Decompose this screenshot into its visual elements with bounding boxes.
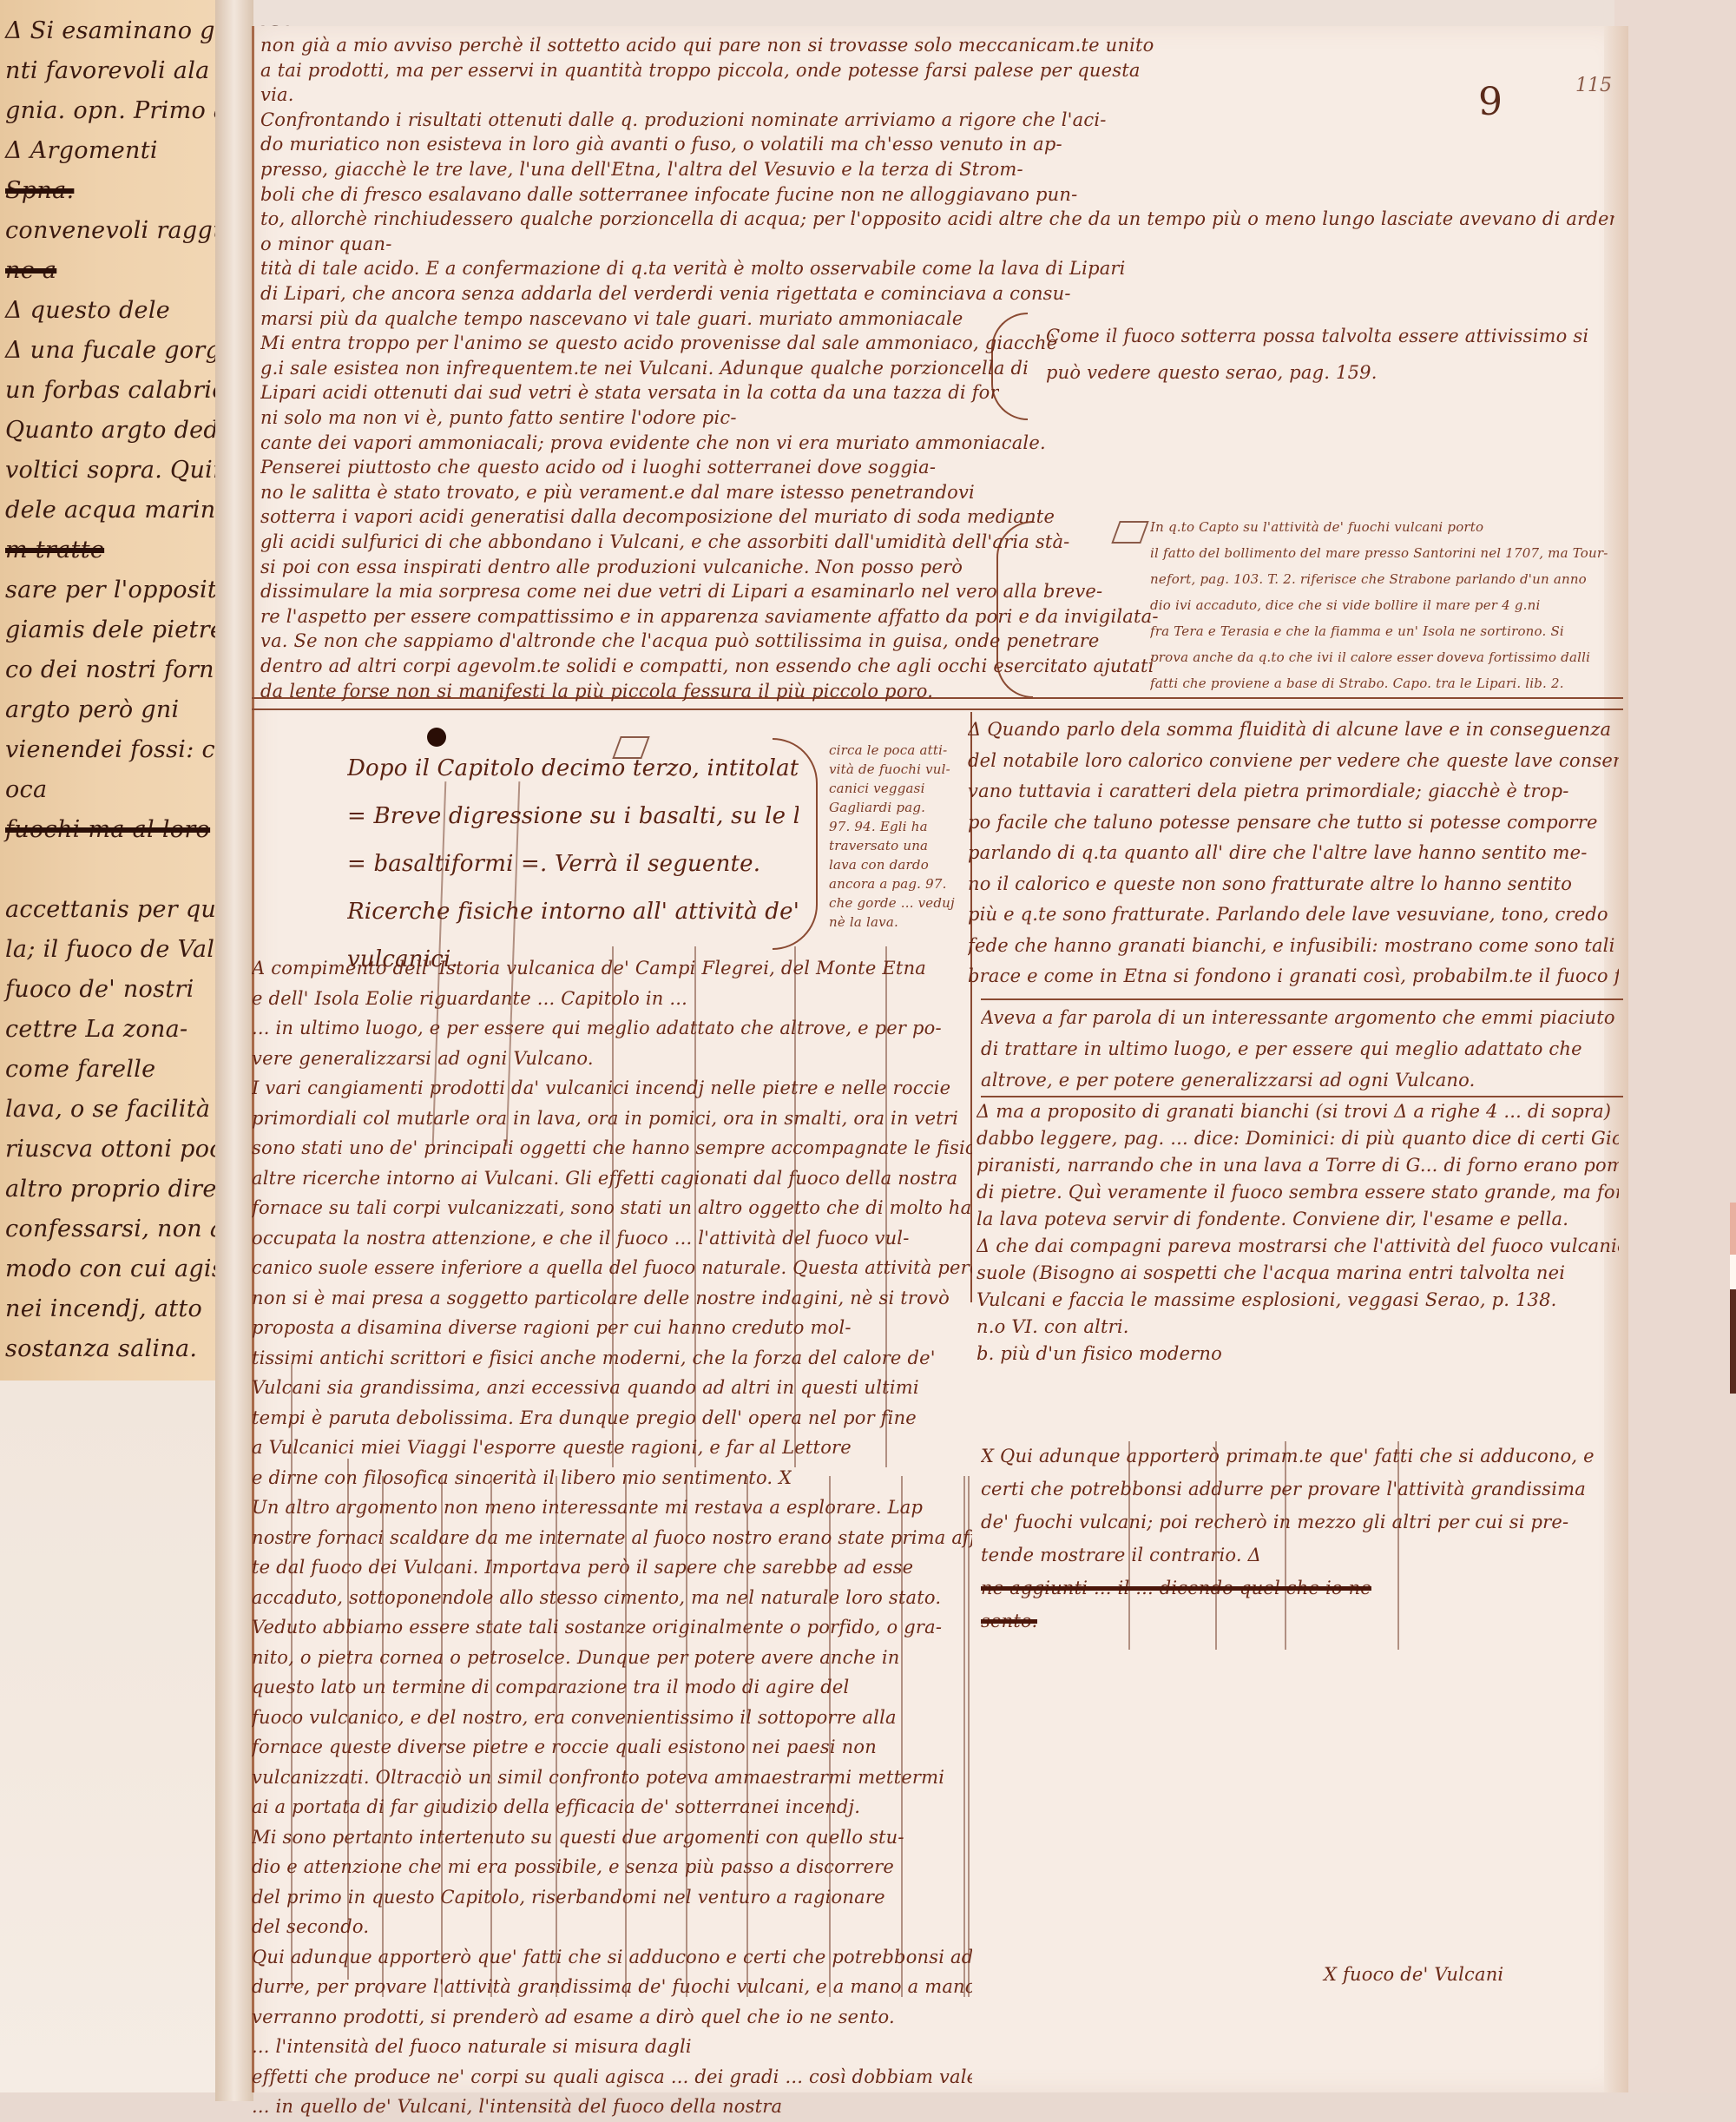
facing-page-line: m tratte [5, 537, 104, 563]
manuscript-line: occupata la nostra attenzione, e che il … [252, 1228, 910, 1249]
manuscript-line: vano tuttavia i caratteri dela pietra pr… [968, 781, 1569, 801]
manuscript-line: effetti che produce ne' corpi su quali a… [252, 2066, 972, 2087]
manuscript-line: Dopo il Capitolo decimo terzo, intitolat… [347, 755, 799, 781]
manuscript-line: e dell' Isola Eolie riguardante ... Capi… [252, 988, 687, 1009]
manuscript-line: gli acidi sulfurici di che abbondano i V… [260, 531, 1069, 552]
manuscript-line: vere generalizzarsi ad ogni Vulcano. [252, 1048, 594, 1069]
footnote-fuoco-vulcani: X fuoco de' Vulcani [1324, 1964, 1503, 1985]
manuscript-line: Vulcani e faccia le massime esplosioni, … [976, 1289, 1557, 1310]
facing-page-line: nti favorevoli ala [5, 57, 210, 84]
manuscript-line: nè la lava. [829, 914, 898, 930]
manuscript-line: sento. [981, 1611, 1037, 1631]
manuscript-line: tissimi antichi scrittori e fisici anche… [252, 1348, 936, 1368]
manuscript-line: ni solo ma non vi è, punto fatto sentire… [260, 407, 737, 428]
facing-page-line: Δ questo dele [5, 297, 170, 324]
manuscript-line: altrove, e per potere generalizzarsi ad … [981, 1070, 1476, 1091]
facing-page-shadow [0, 1381, 217, 2092]
facing-page-line: Δ una fucale gorgo- [5, 337, 243, 364]
manuscript-line: fede che hanno granati bianchi, e infusi… [968, 935, 1619, 956]
facing-page-line: sostanza salina. [5, 1335, 197, 1362]
facing-page-line: Spna. [5, 177, 74, 204]
manuscript-line: sotterra i vapori acidi generatisi dalla… [260, 506, 1055, 527]
facing-page-line: modo con cui agis [5, 1255, 224, 1282]
manuscript-line: fornace queste diverse pietre e roccie q… [252, 1736, 877, 1757]
manuscript-line: canici veggasi [829, 781, 925, 796]
facing-page-line: accettanis per ques [5, 896, 243, 923]
manuscript-line: X Qui adunque apporterò primam.te que' f… [981, 1446, 1595, 1466]
facing-page-line: lava, o se facilità [5, 1096, 210, 1123]
manuscript-line: dentro ad altri corpi agevolm.te solidi … [260, 656, 1154, 676]
facing-page-line: altro proprio dire [5, 1176, 217, 1203]
manuscript-line: certi che potrebbonsi addurre per provar… [981, 1479, 1586, 1499]
folio-number: 115 [1575, 75, 1612, 96]
manuscript-line: marsi più da qualche tempo nascevano vi … [260, 308, 963, 329]
manuscript-line: te dal fuoco dei Vulcani. Importava però… [252, 1557, 913, 1578]
section-divider-lower [252, 708, 1623, 710]
manuscript-line: proposta a disamina diverse ragioni per … [252, 1317, 852, 1338]
manuscript-line: Δ che dai compagni pareva mostrarsi che … [976, 1236, 1619, 1256]
facing-page-line: argto però gni [5, 696, 180, 723]
manuscript-line: = Breve digressione su i basalti, su le … [347, 803, 799, 829]
facing-page-line: sare per l'opposito [5, 577, 232, 603]
manuscript-line: dio e attenzione che mi era possibile, e… [252, 1856, 894, 1877]
manuscript-line: no le salitta è stato trovato, e più ver… [260, 482, 975, 503]
manuscript-line: Qui adunque apporterò que' fatti che si … [252, 1947, 972, 1967]
manuscript-line: fatti che proviene a base di Strabo. Cap… [1150, 675, 1564, 691]
facing-page-fragment: Δ Si esaminano gli argonti favorevoli al… [0, 0, 252, 1381]
manuscript-line: la lava poteva servir di fondente. Convi… [976, 1209, 1568, 1229]
manuscript-line: brace e come in Etna si fondono i granat… [968, 965, 1619, 986]
facing-page-line: dele acqua marina [5, 497, 230, 524]
manuscript-line: Come il fuoco sotterra possa talvolta es… [1046, 326, 1588, 346]
cancel-line [968, 1476, 970, 1997]
manuscript-line: accaduto, sottoponendole allo stesso cim… [252, 1587, 941, 1608]
facing-page-line: voltici sopra. Quinti [5, 457, 246, 484]
page-edge [1604, 26, 1628, 2092]
manuscript-line: ... in quello de' Vulcani, l'intensità d… [252, 2096, 782, 2117]
manuscript-line: ai a portata di far giudizio della effic… [252, 1796, 860, 1817]
manuscript-line: e dirne con filosofica sincerità il libe… [252, 1467, 792, 1488]
manuscript-line: va. Se non che sappiamo d'altronde che l… [260, 630, 1100, 651]
manuscript-line: lava con dardo [829, 857, 929, 873]
manuscript-line: = basaltiformi =. Verrà il seguente. [347, 851, 760, 877]
manuscript-line: re l'aspetto per essere compattissimo e … [260, 606, 1159, 627]
manuscript-line: non si è mai presa a soggetto particolar… [252, 1288, 950, 1308]
manuscript-line: primordiali col mutarle ora in lava, ora… [252, 1108, 958, 1129]
facing-page-line: come farelle [5, 1056, 155, 1083]
manuscript-line: cante dei vapori ammoniacali; prova evid… [260, 432, 1046, 453]
scan-background-right [1614, 0, 1736, 2122]
calibration-strip-white [1730, 1255, 1736, 1289]
manuscript-line: Ricerche fisiche intorno all' attività d… [347, 899, 799, 925]
manuscript-line: si poi con essa inspirati dentro alle pr… [260, 557, 963, 577]
facing-page-line: riuscva ottoni poco. [5, 1136, 245, 1163]
manuscript-line: traversato una [829, 838, 928, 853]
manuscript-line: da lente forse non si manifesti la più p… [260, 681, 933, 702]
cancel-line [963, 1476, 965, 1997]
manuscript-line: fornace su tali corpi vulcanizzati, sono… [252, 1197, 971, 1218]
manuscript-line: che gorde ... veduj [829, 895, 955, 911]
manuscript-line: vità de fuochi vul- [829, 761, 950, 777]
manuscript-line: parlando di q.ta quanto all' dire che l'… [968, 842, 1588, 863]
facing-page-line: la; il fuoco de Val [5, 936, 214, 963]
manuscript-line: Veduto abbiamo essere state tali sostanz… [252, 1617, 942, 1638]
cancel-line [901, 1476, 903, 1997]
page-number: 9 [1478, 80, 1503, 124]
manuscript-line: sono stati uno de' principali oggetti ch… [252, 1137, 972, 1158]
manuscript-line: del notabile loro calorico conviene per … [968, 750, 1619, 771]
ink-dot-marker [427, 728, 446, 747]
manuscript-line: ne aggiunti ... il ... dicendo quel che … [981, 1578, 1371, 1598]
manuscript-line: Lipari acidi ottenuti dai sud vetri è st… [260, 382, 999, 403]
facing-page-line: fuochi ma al loro [5, 816, 210, 843]
paragraph-rule-2 [981, 1096, 1623, 1097]
manuscript-line: Gagliardi pag. [829, 800, 925, 815]
manuscript-line: I vari cangiamenti prodotti da' vulcanic… [252, 1077, 950, 1098]
facing-page-line: Δ Argomenti [5, 137, 158, 164]
facing-page-line: co dei nostri forni [5, 656, 222, 683]
manuscript-line: tità di tale acido. E a confermazione di… [260, 258, 1126, 279]
facing-page-line: fuoco de' nostri [5, 976, 194, 1003]
manuscript-line: no il calorico e queste non sono frattur… [968, 873, 1572, 894]
manuscript-line: fuoco vulcanico, e del nostro, era conve… [252, 1707, 897, 1728]
manuscript-line: dissimulare la mia sorpresa come nei due… [260, 581, 1102, 602]
manuscript-line: Δ Quando parlo dela somma fluidità di al… [968, 719, 1611, 740]
manuscript-line: tempi è paruta debolissima. Era dunque p… [252, 1407, 917, 1428]
manuscript-line: A compimento dell' Istoria vulcanica de'… [252, 958, 926, 979]
facing-page-line: oca [5, 776, 47, 803]
manuscript-line: tende mostrare il contrario. Δ [981, 1545, 1261, 1565]
facing-page-line: nei incendj, atto [5, 1295, 202, 1322]
manuscript-line: può vedere questo serao, pag. 159. [1046, 362, 1378, 383]
facing-page-line: ne a [5, 257, 56, 284]
book-gutter [215, 0, 253, 2101]
manuscript-line: g.i sale esistea non infrequentem.te nei… [260, 358, 1029, 379]
manuscript-line: piranisti, narrando che in una lava a To… [976, 1155, 1619, 1176]
manuscript-line: questo lato un termine di comparazione t… [252, 1677, 849, 1697]
manuscript-line: Vulcani sia grandissima, anzi eccessiva … [252, 1377, 919, 1398]
manuscript-line: ... l'intensità del fuoco naturale si mi… [252, 2036, 692, 2057]
manuscript-line: Mi sono pertanto intertenuto su questi d… [252, 1827, 904, 1848]
facing-page-line: giamis dele pietre [5, 616, 224, 643]
manuscript-line: a Vulcanici miei Viaggi l'esporre queste… [252, 1437, 852, 1458]
manuscript-line: non già a mio avviso perchè il sottetto … [260, 35, 1154, 56]
manuscript-line: In q.to Capto su l'attività de' fuochi v… [1150, 519, 1483, 535]
manuscript-line: canico suole essere inferiore a quella d… [252, 1257, 972, 1278]
manuscript-line: Mi entra troppo per l'animo se questo ac… [260, 333, 1057, 353]
manuscript-line: ... in ultimo luogo, e per essere qui me… [252, 1018, 942, 1038]
manuscript-line: n.o VI. con altri. [976, 1316, 1129, 1337]
manuscript-line: nito, o pietra cornea o petroselce. Dunq… [252, 1647, 899, 1668]
paragraph-rule [981, 998, 1623, 1000]
manuscript-line: o minor quan- [260, 234, 392, 254]
manuscript-line: del secondo. [252, 1916, 369, 1937]
manuscript-line: dio ivi accaduto, dice che si vide bolli… [1150, 597, 1540, 613]
manuscript-line: presso, giacchè le tre lave, l'una dell'… [260, 159, 1023, 180]
cancel-line [1397, 1441, 1399, 1650]
manuscript-line: do muriatico non esisteva in loro già av… [260, 134, 1062, 155]
manuscript-line: Confrontando i risultati ottenuti dalle … [260, 109, 1107, 130]
manuscript-line: circa le poca atti- [829, 742, 947, 758]
manuscript-line: del primo in questo Capitolo, riserbando… [252, 1887, 885, 1908]
manuscript-line: di Lipari, che ancora senza addarla del … [260, 283, 1071, 304]
manuscript-line: Δ ma a proposito di granati bianchi (si … [976, 1101, 1611, 1122]
manuscript-line: suole (Bisogno ai sospetti che l'acqua m… [976, 1262, 1565, 1283]
manuscript-line: de' fuochi vulcani; poi recherò in mezzo… [981, 1512, 1568, 1532]
manuscript-line: vulcanizzati. Oltracciò un simil confron… [252, 1767, 944, 1788]
facing-page-line: vienendei fossi: che [5, 736, 245, 763]
manuscript-line: il fatto del bollimento del mare presso … [1150, 545, 1608, 561]
manuscript-line: b. più d'un fisico moderno [976, 1343, 1222, 1364]
manuscript-line: Aveva a far parola di un interessante ar… [981, 1007, 1615, 1028]
manuscript-line: dabbo leggere, pag. ... dice: Dominici: … [976, 1128, 1619, 1149]
manuscript-line: Penserei piuttosto che questo acido od i… [260, 457, 936, 478]
manuscript-line: prova anche da q.to che ivi il calore es… [1150, 649, 1590, 665]
manuscript-line: nefort, pag. 103. T. 2. riferisce che St… [1150, 571, 1587, 587]
calibration-strip [1730, 1203, 1736, 1255]
manuscript-line: 97. 94. Egli ha [829, 819, 928, 834]
manuscript-line: nostre fornaci scaldare da me internate … [252, 1527, 972, 1548]
manuscript-line: più e q.te sono fratturate. Parlando del… [968, 904, 1608, 925]
manuscript-line: via. [260, 84, 294, 105]
manuscript-line: altre ricerche intorno ai Vulcani. Gli e… [252, 1168, 957, 1189]
manuscript-line: di trattare in ultimo luogo, e per esser… [981, 1038, 1582, 1059]
manuscript-line: Un altro argomento non meno interessante… [252, 1497, 923, 1518]
calibration-strip-dark [1730, 1289, 1736, 1394]
manuscript-line: durre, per provare l'attività grandissim… [252, 1976, 972, 1997]
manuscript-line: di pietre. Quì veramente il fuoco sembra… [976, 1182, 1619, 1203]
facing-page-line: cettre La zona- [5, 1016, 187, 1043]
manuscript-line: verranno prodotti, si prenderò ad esame … [252, 2007, 895, 2027]
manuscript-line: to, allorchè rinchiudessero qualche porz… [260, 208, 1614, 229]
manuscript-line: ancora a pag. 97. [829, 876, 947, 892]
cancel-line [1285, 1441, 1286, 1650]
manuscript-line: boli che di fresco esalavano dalle sotte… [260, 184, 1077, 205]
manuscript-line: po facile che taluno potesse pensare che… [968, 812, 1598, 833]
manuscript-line: a tai prodotti, ma per esservi in quanti… [260, 60, 1141, 81]
manuscript-line: fra Tera e Terasia e che la fiamma e un'… [1150, 623, 1564, 639]
